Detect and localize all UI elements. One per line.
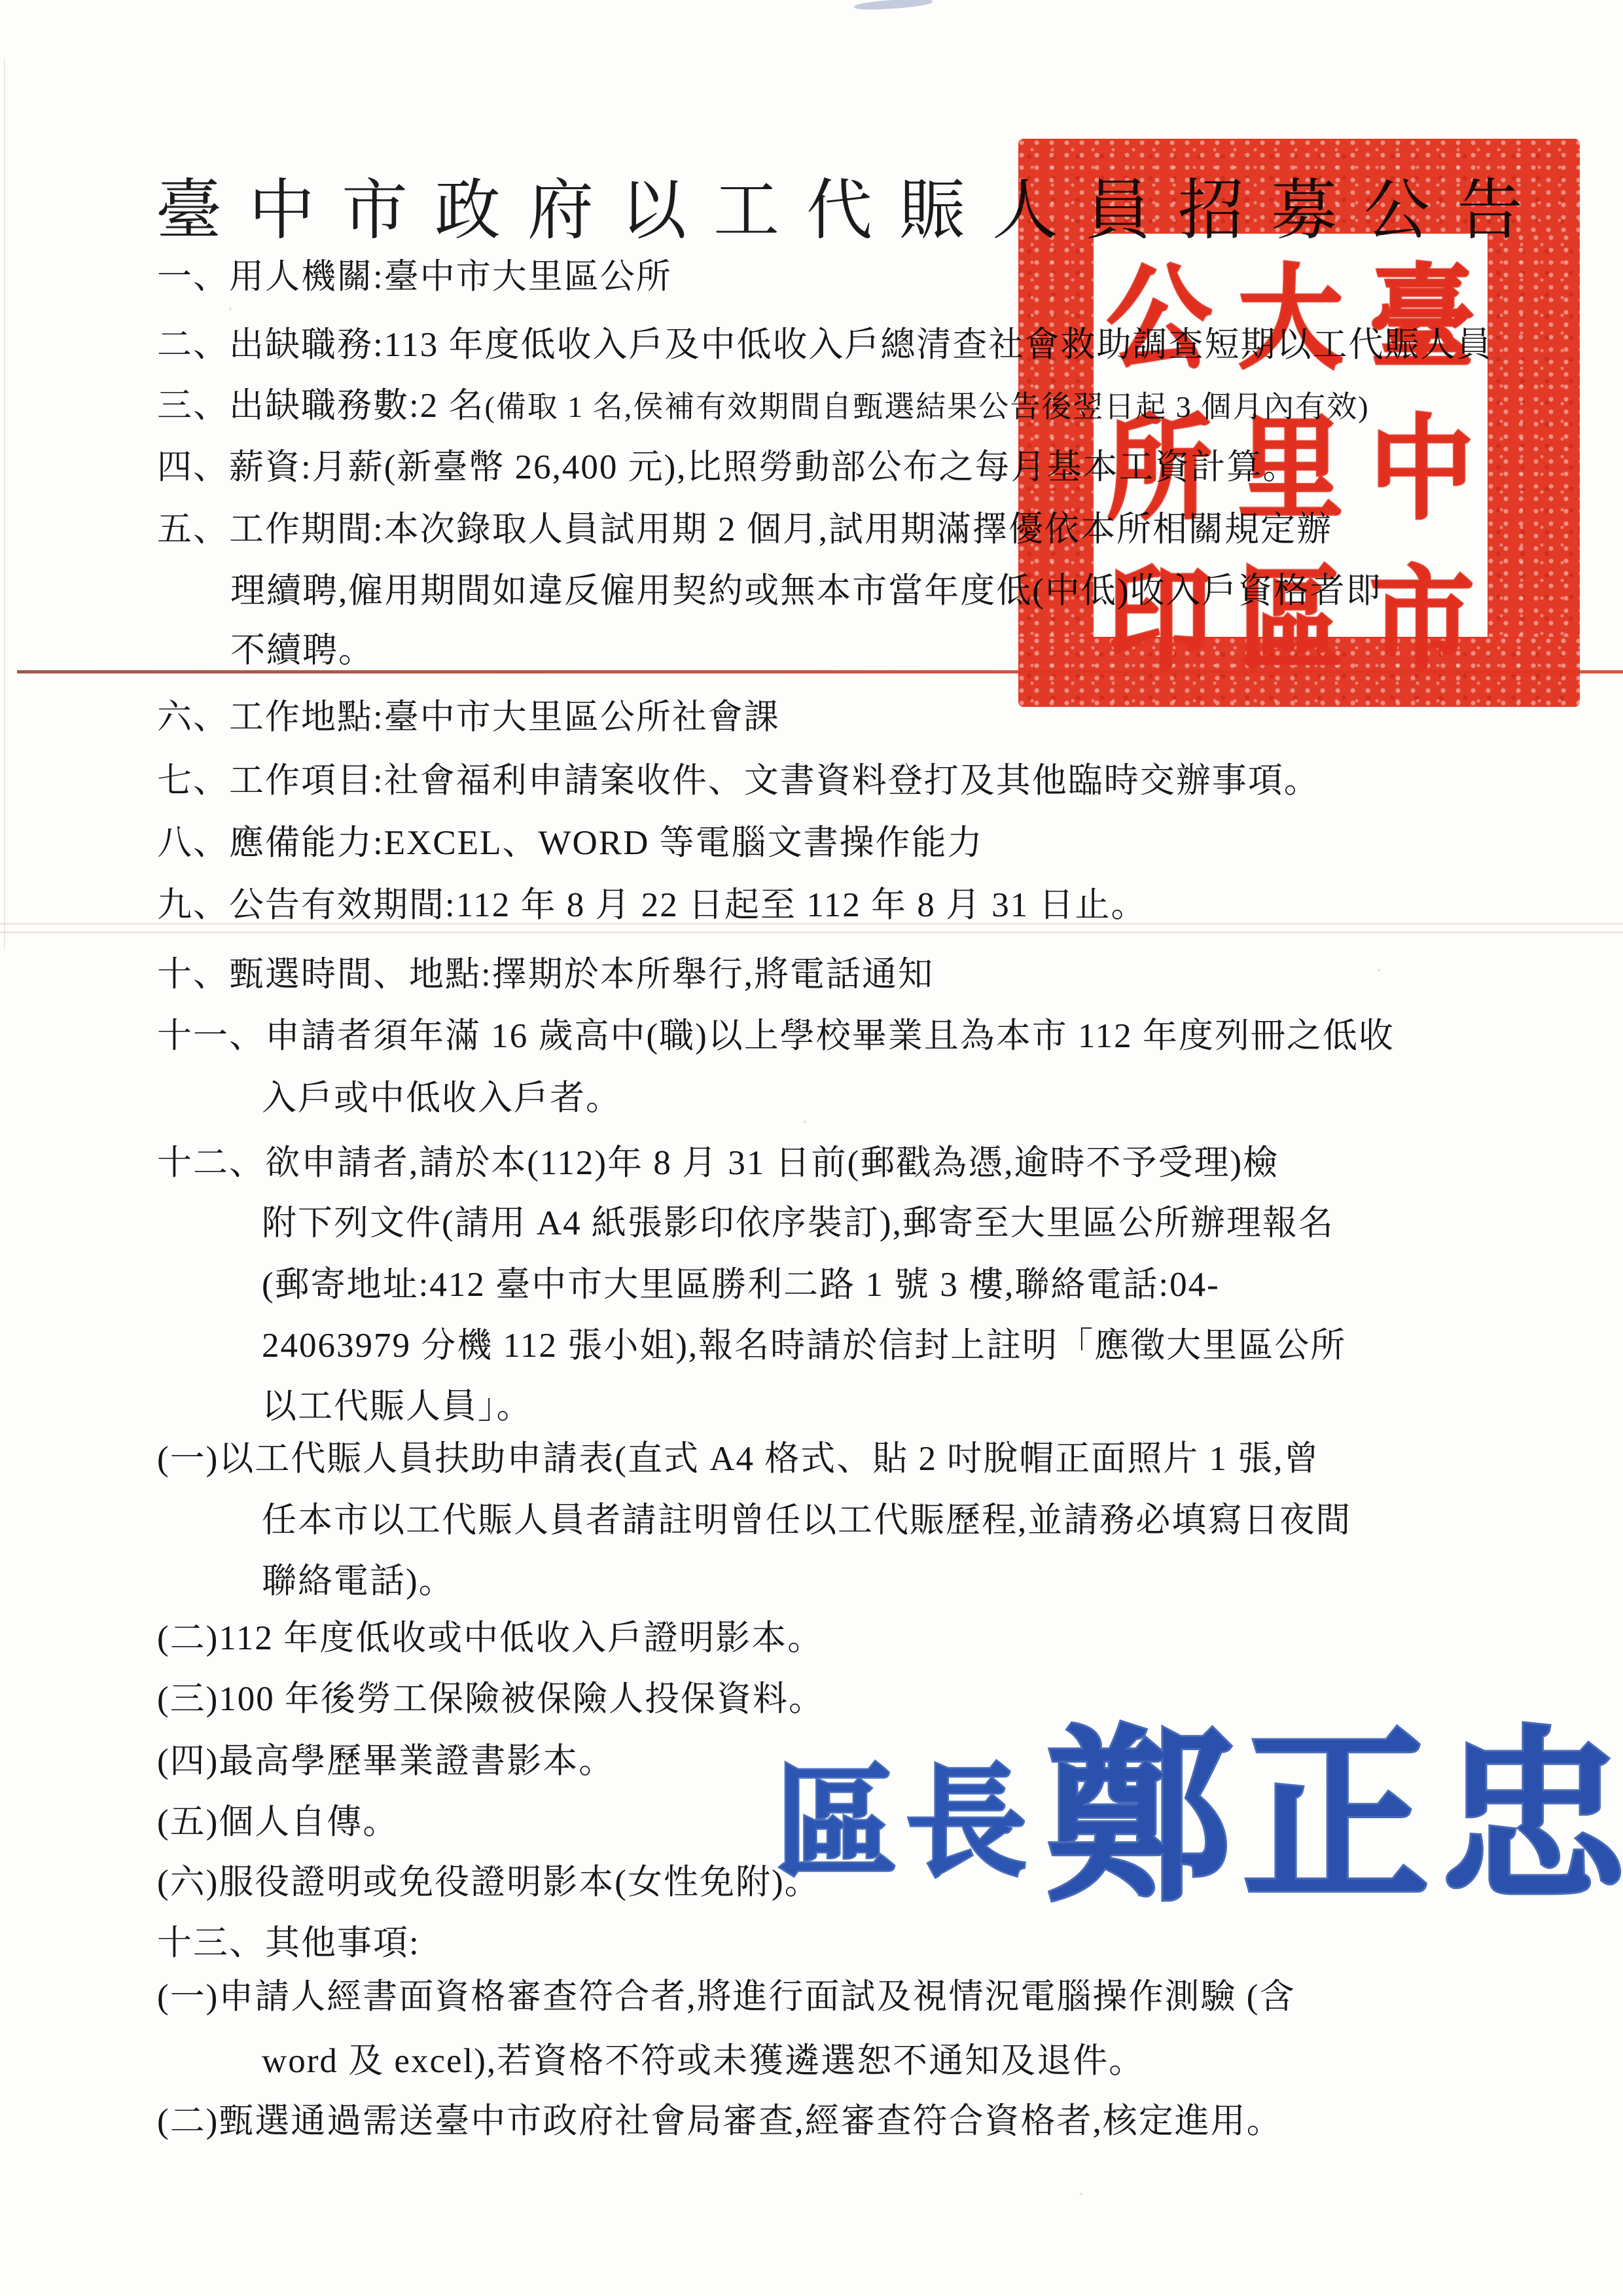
document-line: 入戶或中低收入戶者。 [262,1070,622,1120]
document-line: 附下列文件(請用 A4 紙張影印依序裝訂),郵寄至大里區公所辦理報名 [262,1195,1334,1245]
document-line: 一、用人機關:臺中市大里區公所 [157,249,672,298]
line-text: 三、出缺職務數:2 名 [157,387,484,425]
document-line: 十三、其他事項: [157,1915,420,1965]
document-line: 以工代賑人員」。 [262,1378,533,1428]
seal-character: 中 [1356,378,1488,541]
document-line: 五、工作期間:本次錄取人員試用期 2 個月,試用期滿擇優依本所相關規定辦 [157,501,1332,551]
dust-speck [229,308,232,310]
document-line: 七、工作項目:社會福利申請案收件、文書資料登打及其他臨時交辦事項。 [157,753,1320,802]
document-line: 六、工作地點:臺中市大里區公所社會課 [157,689,780,739]
page-title: 臺中市政府以工代賑人員招募公告 [156,157,1550,252]
document-line: 24063979 分機 112 張小姐),報名時請於信封上註明「應徵大里區公所 [262,1318,1346,1367]
document-line: (二)甄選通過需送臺中市政府社會局審查,經審查符合資格者,核定進用。 [157,2093,1283,2143]
document-line: 二、出缺職務:113 年度低收入戶及中低收入戶總清查社會救助調查短期以工代賑人員 [157,317,1493,367]
document-line: (三)100 年後勞工保險被保險人投保資料。 [157,1671,825,1721]
document-line: 八、應備能力:EXCEL、WORD 等電腦文書操作能力 [157,815,984,865]
document-line: 十二、欲申請者,請於本(112)年 8 月 31 日前(郵戳為憑,逾時不予受理)… [157,1135,1279,1185]
dust-speck [1080,2193,1082,2195]
line-paren-text: (備取 1 名,侯補有效期間自甄選結果公告後翌日起 3 個月內有效) [484,390,1369,423]
document-line: (五)個人自傳。 [157,1794,399,1844]
document-line: 四、薪資:月薪(新臺幣 26,400 元),比照勞動部公布之每月基本工資計算。 [157,439,1299,489]
left-edge-scan-line [4,59,5,949]
faint-scan-line [0,931,1623,933]
signature-name: 鄭正忠 [1046,1668,1623,1936]
document-line: word 及 excel),若資格不符或未獲遴選恕不通知及退件。 [262,2033,1145,2083]
document-line: 聯絡電話)。 [262,1553,455,1603]
document-line: (二)112 年度低收或中低收入戶證明影本。 [157,1610,823,1660]
signature-title: 區長 [776,1725,1036,1899]
document-line: 任本市以工代賑人員者請註明曾任以工代賑歷程,並請務必填寫日夜間 [262,1492,1351,1542]
document-line: 不續聘。 [230,622,374,672]
document-line: 十一、申請者須年滿 16 歲高中(職)以上學校畢業且為本市 112 年度列冊之低… [157,1008,1395,1058]
document-line: (郵寄地址:412 臺中市大里區勝利二路 1 號 3 樓,聯絡電話:04- [262,1257,1220,1306]
document-line: 理續聘,僱用期間如違反僱用契約或無本市當年度低(中低)收入戶資格者即 [230,563,1382,613]
document-line: (六)服役證明或免役證明影本(女性免附)。 [157,1854,821,1904]
document-line: 十、甄選時間、地點:擇期於本所舉行,將電話通知 [157,946,934,996]
document-line: 九、公告有效期間:112 年 8 月 22 日起至 112 年 8 月 31 日… [157,877,1147,927]
document-line: (一)以工代賑人員扶助申請表(直式 A4 格式、貼 2 吋脫帽正面照片 1 張,… [157,1431,1319,1480]
scanned-announcement-page: 臺 中 市 大 里 區 公 所 印 臺中市政府以工代賑人員招募公告 一、用人機關… [0,0,1623,2296]
document-line: 三、出缺職務數:2 名(備取 1 名,侯補有效期間自甄選結果公告後翌日起 3 個… [157,378,1370,427]
document-line: (一)申請人經書面資格審查符合者,將進行面試及視情況電腦操作測驗 (含 [157,1969,1295,2018]
seal-border-right [1488,234,1580,637]
ink-smudge [854,0,933,11]
document-line: (四)最高學歷畢業證書影本。 [157,1733,615,1783]
dust-speck [1378,969,1380,971]
dust-speck [804,1121,806,1123]
